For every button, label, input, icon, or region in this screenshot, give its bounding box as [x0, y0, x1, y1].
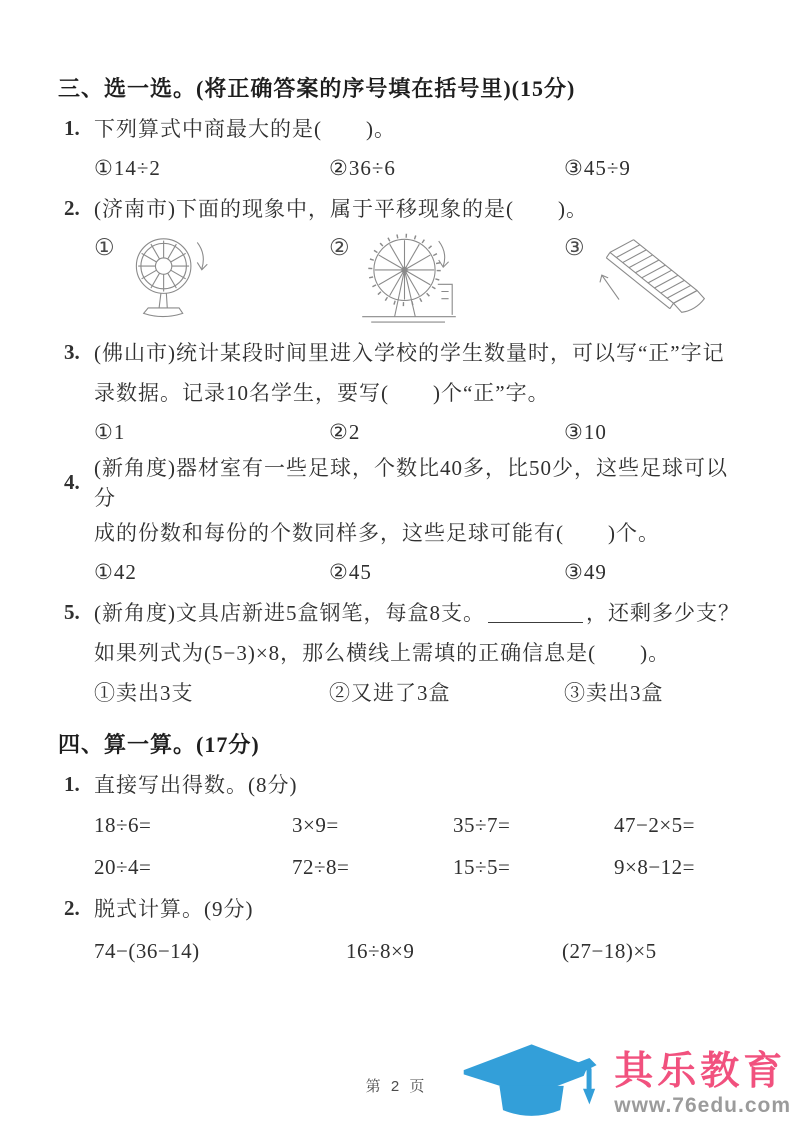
expression: (27−18)×5	[562, 939, 745, 964]
ferris-wheel-image	[355, 228, 463, 328]
fill-in-blank-line	[488, 601, 583, 623]
question-4: 4. (新角度)器材室有一些足球，个数比40多，比50少，这些足球可以分 成的份…	[58, 452, 745, 592]
worksheet-page: 三、选一选。(将正确答案的序号填在括号里)(15分) 1. 下列算式中商最大的是…	[0, 0, 793, 1122]
expression: 72÷8=	[292, 855, 453, 880]
option: ①42	[94, 560, 329, 585]
graduation-cap-icon	[458, 1034, 614, 1122]
figure-ferris-wheel: ②	[329, 228, 564, 328]
question-1-number: 1.	[64, 116, 94, 141]
figure-2-label: ②	[329, 236, 350, 259]
question-1-options: ①14÷2 ②36÷6 ③45÷9	[58, 148, 745, 188]
expression: 15÷5=	[453, 855, 614, 880]
question-5-text-line2: 如果列式为(5−3)×8，那么横线上需填的正确信息是( )。	[94, 637, 670, 667]
figure-escalator: ③	[564, 228, 745, 324]
electric-fan-image	[120, 228, 220, 326]
expression: 20÷4=	[94, 855, 292, 880]
question-2: 2. (济南市)下面的现象中，属于平移现象的是( )。 ①	[58, 188, 745, 330]
question-3: 3. (佛山市)统计某段时间里进入学校的学生数量时，可以写“正”字记 录数据。记…	[58, 332, 745, 452]
question-4-number: 4.	[64, 470, 94, 495]
expression: 35÷7=	[453, 813, 614, 838]
expression: 3×9=	[292, 813, 453, 838]
subsection-2-number: 2.	[64, 896, 94, 921]
question-5-text-after-blank: ，还剩多少支？	[586, 597, 740, 627]
question-1-text: 下列算式中商最大的是( )。	[94, 113, 396, 143]
publisher-logo-text: 其乐教育 www.76edu.com	[614, 1051, 791, 1122]
question-4-text-line1: (新角度)器材室有一些足球，个数比40多，比50少，这些足球可以分	[94, 452, 745, 512]
subsection-1-number: 1.	[64, 772, 94, 797]
question-2-text: (济南市)下面的现象中，属于平移现象的是( )。	[94, 193, 588, 223]
option: ②2	[329, 420, 564, 445]
publisher-website-url: www.76edu.com	[614, 1094, 791, 1118]
option: ①卖出3支	[94, 677, 329, 707]
question-5-options: ①卖出3支 ②又进了3盒 ③卖出3盒	[58, 672, 745, 712]
question-3-text-line2: 录数据。记录10名学生，要写( )个“正”字。	[94, 377, 550, 407]
question-2-figures: ①	[58, 228, 745, 330]
question-5-number: 5.	[64, 600, 94, 625]
option: ②又进了3盒	[329, 677, 564, 707]
publisher-logo: 其乐教育 www.76edu.com	[458, 1034, 791, 1122]
section-three-title: 三、选一选。(将正确答案的序号填在括号里)(15分)	[58, 66, 745, 108]
option: ③卖出3盒	[564, 677, 745, 707]
question-3-text-line1: (佛山市)统计某段时间里进入学校的学生数量时，可以写“正”字记	[94, 337, 725, 367]
expression: 47−2×5=	[614, 813, 745, 838]
option: ③45÷9	[564, 156, 745, 181]
question-3-number: 3.	[64, 340, 94, 365]
expression: 9×8−12=	[614, 855, 745, 880]
subsection-2-text: 脱式计算。(9分)	[94, 893, 254, 923]
publisher-brand-name: 其乐教育	[614, 1051, 786, 1094]
figure-electric-fan: ①	[94, 228, 329, 326]
question-5: 5. (新角度)文具店新进5盒钢笔，每盒8支。 ，还剩多少支？ 如果列式为(5−…	[58, 592, 745, 712]
section-four-title: 四、算一算。(17分)	[58, 722, 745, 764]
option: ③10	[564, 420, 745, 445]
question-1: 1. 下列算式中商最大的是( )。 ①14÷2 ②36÷6 ③45÷9	[58, 108, 745, 188]
option: ②45	[329, 560, 564, 585]
expression: 74−(36−14)	[94, 939, 346, 964]
step-calculation-row: 74−(36−14) 16÷8×9 (27−18)×5	[58, 928, 745, 974]
option: ③49	[564, 560, 745, 585]
question-2-number: 2.	[64, 196, 94, 221]
figure-3-label: ③	[564, 236, 585, 259]
question-4-text-line2: 成的份数和每份的个数同样多，这些足球可能有( )个。	[94, 517, 660, 547]
mental-math-row-1: 18÷6= 3×9= 35÷7= 47−2×5=	[58, 804, 745, 846]
mental-math-row-2: 20÷4= 72÷8= 15÷5= 9×8−12=	[58, 846, 745, 888]
option: ②36÷6	[329, 156, 564, 181]
option: ①1	[94, 420, 329, 445]
calc-subsection-1: 1. 直接写出得数。(8分) 18÷6= 3×9= 35÷7= 47−2×5= …	[58, 764, 745, 888]
figure-1-label: ①	[94, 236, 115, 259]
option: ①14÷2	[94, 156, 329, 181]
question-4-options: ①42 ②45 ③49	[58, 552, 745, 592]
expression: 16÷8×9	[346, 939, 562, 964]
calc-subsection-2: 2. 脱式计算。(9分) 74−(36−14) 16÷8×9 (27−18)×5	[58, 888, 745, 974]
worksheet-content: 三、选一选。(将正确答案的序号填在括号里)(15分) 1. 下列算式中商最大的是…	[0, 0, 793, 974]
escalator-image	[590, 228, 708, 324]
question-5-text-before-blank: (新角度)文具店新进5盒钢笔，每盒8支。	[94, 597, 485, 627]
expression: 18÷6=	[94, 813, 292, 838]
subsection-1-text: 直接写出得数。(8分)	[94, 769, 298, 799]
question-3-options: ①1 ②2 ③10	[58, 412, 745, 452]
